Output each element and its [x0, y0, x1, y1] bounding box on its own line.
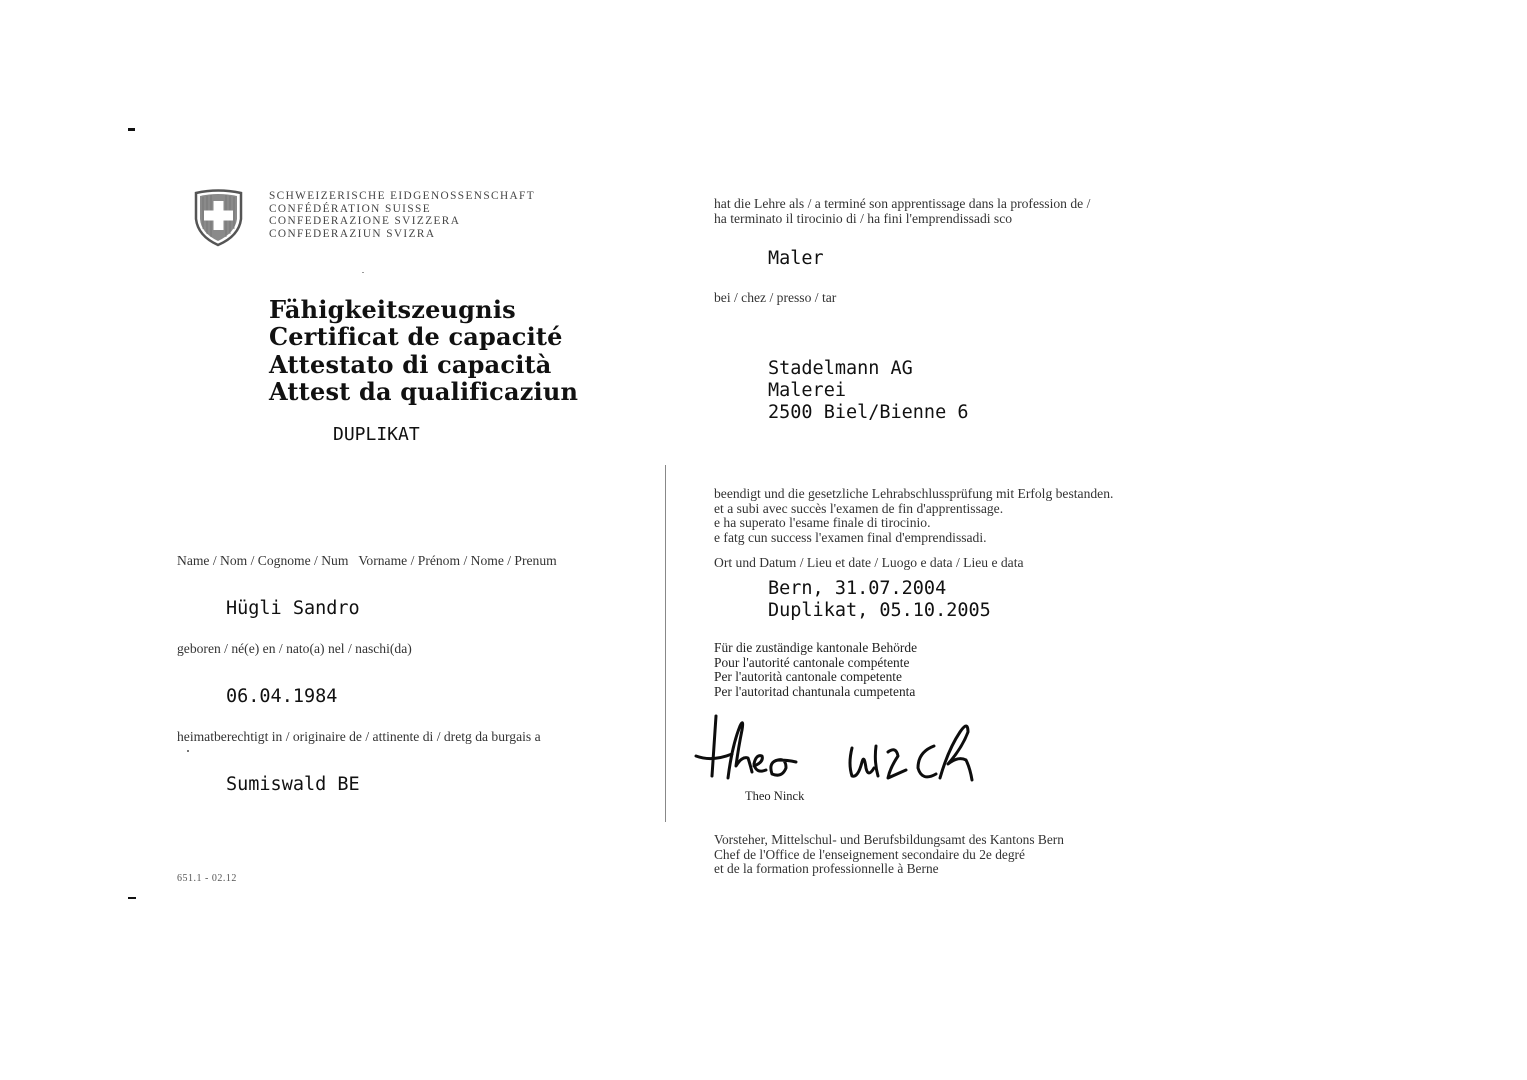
- swiss-emblem-icon: [193, 189, 244, 247]
- employer-city: 2500 Biel/Bienne 6: [768, 402, 968, 424]
- exam-statement: beendigt und die gesetzliche Lehrabschlu…: [714, 487, 1113, 545]
- title-it: Attestato di capacità: [269, 351, 578, 378]
- office-line-de: Vorsteher, Mittelschul- und Berufsbildun…: [714, 833, 1064, 848]
- birthdate-value: 06.04.1984: [226, 686, 337, 707]
- authority-line-de: Für die zuständige kantonale Behörde: [714, 641, 917, 656]
- employer-name: Stadelmann AG: [768, 358, 968, 380]
- registration-mark-bottom: [128, 897, 136, 899]
- signer-name: Theo Ninck: [745, 789, 804, 804]
- exam-line-fr: et a subi avec succès l'examen de fin d'…: [714, 502, 1113, 517]
- profession-label: hat die Lehre als / a terminé son appren…: [714, 196, 1090, 226]
- confederation-header: SCHWEIZERISCHE EIDGENOSSENSCHAFT CONFÉDÉ…: [269, 190, 535, 240]
- certificate-title: Fähigkeitszeugnis Certificat de capacité…: [269, 296, 578, 405]
- authority-line-it: Per l'autorità cantonale competente: [714, 670, 917, 685]
- employer-line: Malerei: [768, 380, 968, 402]
- exam-line-it: e ha superato l'esame finale di tirocini…: [714, 516, 1113, 531]
- duplicate-date: Duplikat, 05.10.2005: [768, 600, 991, 622]
- form-number: 651.1 - 02.12: [177, 873, 237, 884]
- profession-value: Maler: [768, 248, 824, 269]
- name-label: Name / Nom / Cognome / Num Vorname / Pré…: [177, 553, 557, 569]
- employer-address: Stadelmann AG Malerei 2500 Biel/Bienne 6: [768, 358, 968, 424]
- origin-value: Sumiswald BE: [226, 774, 360, 795]
- issue-date: Bern, 31.07.2004: [768, 578, 991, 600]
- title-de: Fähigkeitszeugnis: [269, 296, 578, 323]
- authority-line-fr: Pour l'autorité cantonale compétente: [714, 656, 917, 671]
- title-rm: Attest da qualificaziun: [269, 378, 578, 405]
- title-fr: Certificat de capacité: [269, 323, 578, 350]
- office-line-fr: Chef de l'Office de l'enseignement secon…: [714, 848, 1064, 863]
- office-title: Vorsteher, Mittelschul- und Berufsbildun…: [714, 833, 1064, 877]
- duplicate-stamp: DUPLIKAT: [333, 424, 420, 445]
- authority-line-rm: Per l'autoritad chantunala cumpetenta: [714, 685, 917, 700]
- registration-mark-top: [128, 128, 135, 131]
- profession-label-line: ha terminato il tirocinio di / ha fini l…: [714, 211, 1090, 226]
- exam-line-rm: e fatg cun success l'examen final d'empr…: [714, 531, 1113, 546]
- confederation-line-it: CONFEDERAZIONE SVIZZERA: [269, 215, 535, 228]
- confederation-line-fr: CONFÉDÉRATION SUISSE: [269, 203, 535, 216]
- speck: [362, 272, 364, 273]
- profession-label-line: hat die Lehre als / a terminé son appren…: [714, 196, 1090, 211]
- place-date-value: Bern, 31.07.2004 Duplikat, 05.10.2005: [768, 578, 991, 622]
- place-date-label: Ort und Datum / Lieu et date / Luogo e d…: [714, 555, 1024, 571]
- signature-icon: [692, 706, 1012, 790]
- office-line-fr-2: et de la formation professionnelle à Ber…: [714, 862, 1064, 877]
- exam-line-de: beendigt und die gesetzliche Lehrabschlu…: [714, 487, 1113, 502]
- fold-line: [665, 465, 666, 822]
- birthdate-label: geboren / né(e) en / nato(a) nel / nasch…: [177, 641, 412, 657]
- name-value: Hügli Sandro: [226, 598, 360, 619]
- speck: [187, 750, 189, 752]
- origin-label: heimatberechtigt in / originaire de / at…: [177, 729, 541, 745]
- authority-block: Für die zuständige kantonale Behörde Pou…: [714, 641, 917, 699]
- confederation-line-de: SCHWEIZERISCHE EIDGENOSSENSCHAFT: [269, 190, 535, 203]
- confederation-line-rm: CONFEDERAZIUN SVIZRA: [269, 228, 535, 241]
- employer-label: bei / chez / presso / tar: [714, 290, 836, 306]
